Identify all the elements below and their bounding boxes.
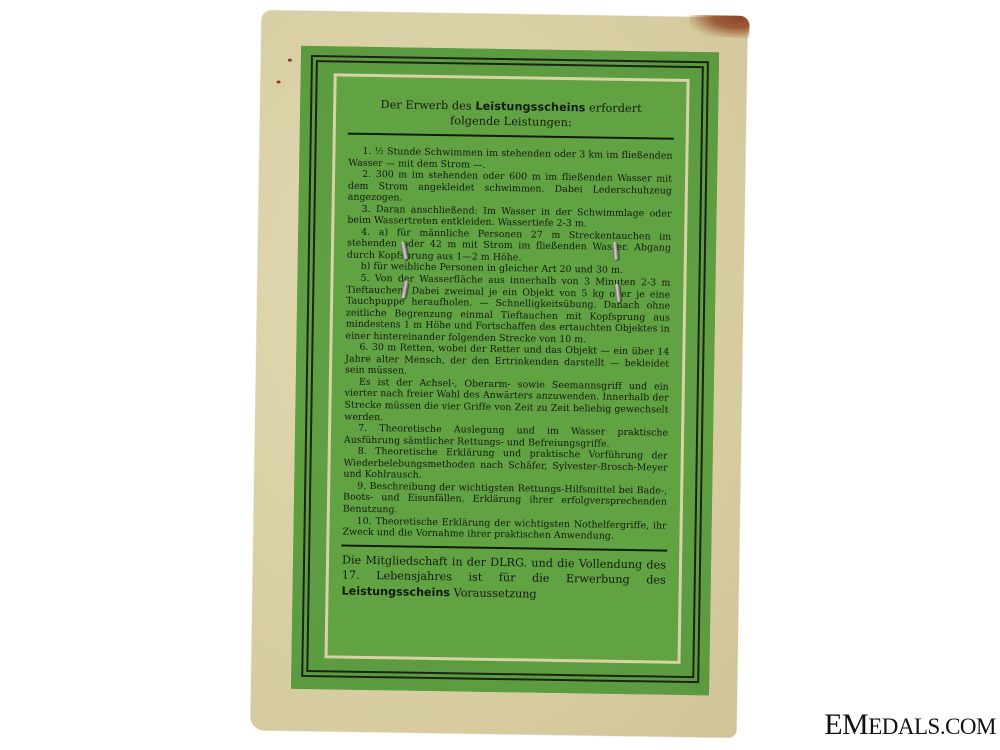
footer-bold-term: Leistungsscheins: [341, 584, 450, 599]
footer-text: Die Mitgliedschaft in der DLRG. und die …: [342, 553, 666, 587]
divider: [341, 544, 667, 551]
requirement-item: 4. a) für männliche Personen 27 m Streck…: [347, 226, 672, 266]
footer-text: Voraussetzung: [450, 586, 537, 600]
requirement-item: 10. Theoretische Erklärung der wichtigst…: [342, 515, 666, 543]
divider: [348, 133, 674, 140]
heading-text: erfordert: [585, 101, 642, 115]
requirement-item: Es ist der Achsel-, Oberarm- sowie Seema…: [344, 377, 669, 428]
text-panel: Der Erwerb des Leistungsscheins erforder…: [325, 73, 690, 664]
requirement-item: 6. 30 m Retten, wobei der Retter und das…: [345, 342, 670, 382]
requirement-item: 9. Beschreibung der wichtigsten Rettungs…: [343, 480, 668, 520]
requirements-list: 1. ½ Stunde Schwimmen im stehenden oder …: [342, 146, 672, 544]
corner-stain: [689, 15, 749, 38]
certificate-card: Der Erwerb des Leistungsscheins erforder…: [250, 10, 747, 738]
heading-bold-term: Leistungsscheins: [475, 100, 585, 115]
watermark-prefix: EM: [824, 708, 868, 741]
heading-text: Der Erwerb des: [380, 98, 475, 112]
card-heading: Der Erwerb des Leistungsscheins erforder…: [336, 76, 687, 131]
footer-note: Die Mitgliedschaft in der DLRG. und die …: [341, 552, 666, 604]
watermark-rest: EDALS.COM: [868, 714, 996, 739]
watermark-logo: EMEDALS.COM: [824, 708, 996, 742]
requirement-item: 5. Von der Wasserfläche aus innerhalb vo…: [345, 273, 670, 347]
requirement-item: 8. Theoretische Erklärung und praktische…: [343, 446, 668, 486]
rust-spot: [288, 59, 292, 62]
green-print-area: Der Erwerb des Leistungsscheins erforder…: [291, 46, 719, 695]
requirement-item: 2. 300 m im stehenden oder 600 m im flie…: [348, 169, 673, 209]
rust-spot: [277, 80, 281, 83]
